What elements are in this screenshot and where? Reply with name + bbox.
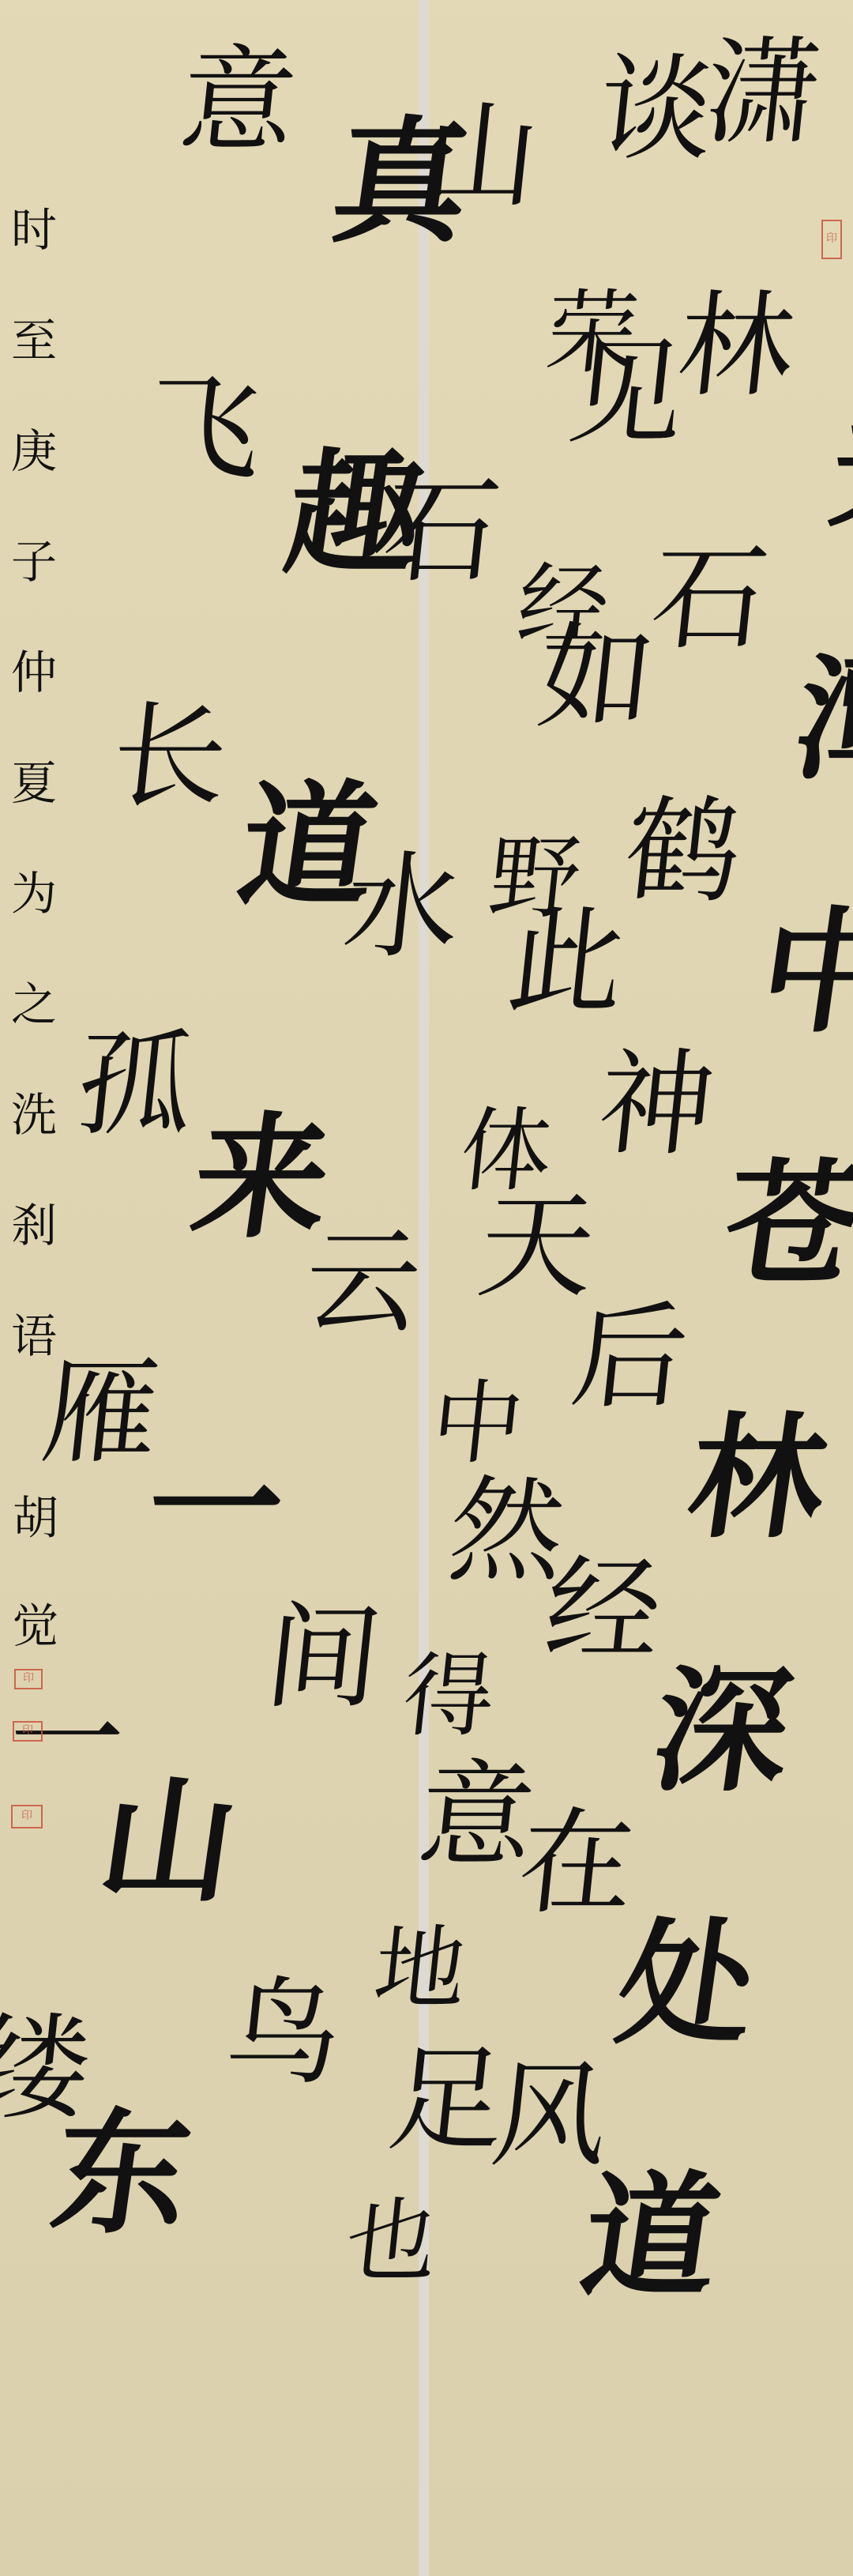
seal-label: 印 (22, 1725, 33, 1737)
signature: 胡 觉 (8, 1493, 55, 1670)
seal-label: 印 (21, 1810, 32, 1822)
seal-label: 印 (23, 1673, 34, 1685)
inscription-text: 时至庚子仲夏为之洗刹语 (7, 205, 53, 1422)
seal-stamp: 印 (13, 1721, 43, 1742)
seal-label: 印 (826, 233, 837, 245)
seal-stamp: 印 (14, 1669, 43, 1689)
signature-text: 胡 觉 (9, 1493, 54, 1670)
seal-stamp: 印 (821, 220, 842, 259)
seal-stamp: 印 (11, 1805, 43, 1828)
inscription-column: 时至庚子仲夏为之洗刹语 (6, 205, 54, 1422)
